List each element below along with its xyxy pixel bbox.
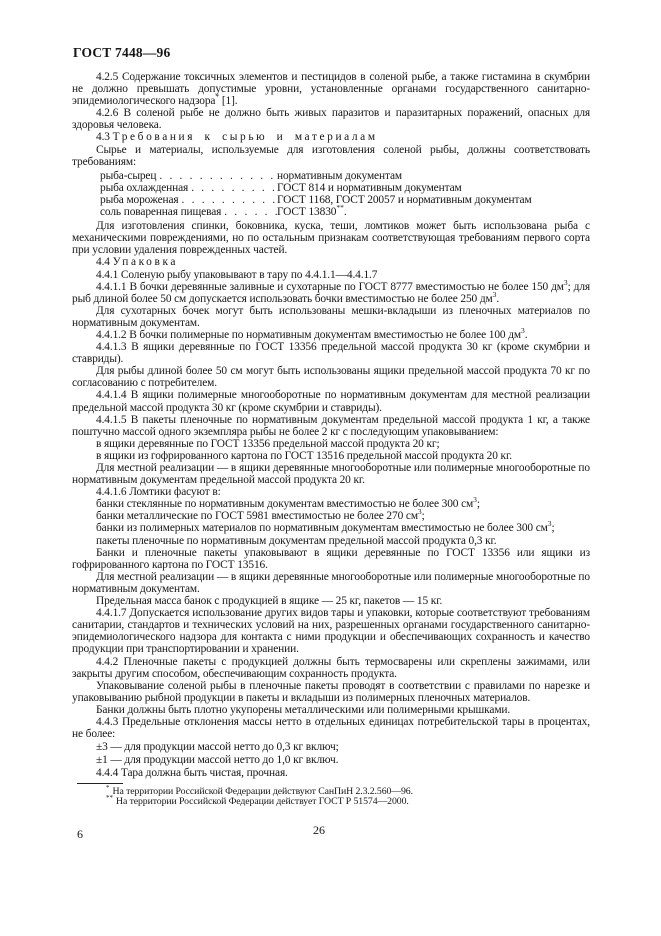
text-segment: ГОСТ 814 и нормативным документам [277, 182, 462, 194]
spec-item-left: рыба мороженая. . . . . . . . . . . . . … [100, 194, 277, 206]
text-segment: ; [551, 522, 554, 534]
text-segment: Для сухотарных бочек могут быть использо… [72, 305, 590, 329]
section-heading-4-4: 4.4 Упаковка [72, 256, 590, 268]
text-segment: ГОСТ 1168, ГОСТ 20057 и нормативным доку… [277, 194, 532, 206]
superscript-mark: ** [336, 203, 344, 212]
text-segment: банки металлические по ГОСТ 5981 вместим… [96, 510, 418, 522]
dot-leader: . . . . . . . . . . . . . . . . . . . . … [182, 194, 277, 206]
standard-code: ГОСТ 7448—96 [73, 45, 170, 60]
text-segment: Банки и пленочные пакеты упаковывают в я… [72, 547, 590, 571]
text-segment: Предельная масса банок с продукцией в ящ… [96, 595, 442, 607]
paragraph: Банки и пленочные пакеты упаковывают в я… [72, 547, 590, 571]
text-segment: Для местной реализации — в ящики деревян… [72, 571, 590, 595]
text-segment: ±3 — для продукции массой нетто до 0,3 к… [96, 741, 339, 753]
footnote: **На территории Российской Федерации дей… [106, 797, 590, 807]
document-body: 4.2.5 Содержание токсичных элементов и п… [72, 71, 590, 807]
tolerance-line: ±3 — для продукции массой нетто до 0,3 к… [72, 741, 590, 753]
text-segment: 4.4.2 Пленочные пакеты с продукцией долж… [72, 656, 590, 680]
footnote-marker: ** [106, 794, 116, 802]
text-segment: Для местной реализации — в ящики деревян… [72, 462, 590, 486]
text-segment: Для рыбы длиной более 50 см могут быть и… [72, 365, 590, 389]
footnotes: *На территории Российской Федерации дейс… [72, 783, 590, 806]
clause-4-2-6: 4.2.6 В соленой рыбе не должно быть живы… [72, 107, 590, 131]
dot-leader: . . . . . . . . . . . . . . . . . . . . … [191, 182, 277, 194]
text-segment: Требования к сырью и материалам [113, 131, 378, 143]
spec-item-left: рыба-сырец. . . . . . . . . . . . . . . … [100, 170, 277, 182]
spec-list-row: рыба-сырец. . . . . . . . . . . . . . . … [100, 170, 590, 182]
clause-4-4-1-5: 4.4.1.5 В пакеты пленочные по нормативны… [72, 414, 590, 438]
text-segment: 4.4.4 Тара должна быть чистая, прочная. [96, 767, 288, 779]
spec-list-row: рыба мороженая. . . . . . . . . . . . . … [100, 194, 590, 206]
page-number-center: 26 [313, 823, 325, 838]
text-segment: 4.4.1.6 Ломтики фасуют в: [96, 486, 221, 498]
text-segment: 4.4.1.2 В бочки полимерные по нормативны… [96, 329, 521, 341]
list-item-paragraph: в ящики из гофрированного картона по ГОС… [72, 450, 590, 462]
section-heading-4-3: 4.3 Требования к сырью и материалам [72, 131, 590, 143]
paragraph: Для местной реализации — в ящики деревян… [72, 462, 590, 486]
text-segment: Банки должны быть плотно укупорены метал… [96, 704, 510, 716]
text-segment: 4.4 [96, 256, 113, 268]
tolerance-line: ±1 — для продукции массой нетто до 1,0 к… [72, 754, 590, 766]
text-segment: . [496, 293, 499, 305]
text-segment: 4.4.1.4 В ящики полимерные многооборотны… [72, 389, 590, 413]
text-segment: банки из полимерных материалов по нормат… [96, 522, 548, 534]
text-segment: 4.4.1.7 Допускается использование других… [72, 607, 590, 655]
list-item-paragraph: в ящики деревянные по ГОСТ 13356 предель… [72, 438, 590, 450]
clause-4-4-4: 4.4.4 Тара должна быть чистая, прочная. [72, 767, 590, 779]
text-segment: 4.4.1 Соленую рыбу упаковывают в тару по… [96, 269, 377, 281]
text-segment: Для изготовления спинки, боковника, куск… [72, 220, 590, 256]
clause-4-4-2: 4.4.2 Пленочные пакеты с продукцией долж… [72, 656, 590, 680]
text-segment: 4.4.1.5 В пакеты пленочные по нормативны… [72, 414, 590, 438]
paragraph: Для рыбы длиной более 50 см могут быть и… [72, 365, 590, 389]
paragraph: Упаковывание соленой рыбы в пленочные па… [72, 680, 590, 704]
list-item-paragraph: банки из полимерных материалов по нормат… [72, 522, 590, 534]
text-segment: 4.2.5 Содержание токсичных элементов и п… [72, 71, 590, 107]
spec-item-label: соль поваренная пищевая [100, 206, 224, 218]
materials-spec-list: рыба-сырец. . . . . . . . . . . . . . . … [100, 170, 590, 218]
text-segment: пакеты пленочные по нормативным документ… [96, 535, 497, 547]
page-header: ГОСТ 7448—96 [73, 45, 170, 61]
paragraph: Предельная масса банок с продукцией в ящ… [72, 595, 590, 607]
text-segment: Упаковка [113, 256, 178, 268]
spec-item-label: рыба охлажденная [100, 182, 191, 194]
clause-4-4-1-3: 4.4.1.3 В ящики деревянные по ГОСТ 13356… [72, 341, 590, 365]
footnote-separator [77, 783, 123, 784]
footnote-text: На территории Российской Федерации дейст… [116, 796, 409, 807]
spec-item-value: нормативным документам [277, 170, 402, 182]
text-segment: в ящики из гофрированного картона по ГОС… [96, 450, 512, 462]
text-segment: в ящики деревянные по ГОСТ 13356 предель… [96, 438, 440, 450]
text-segment: нормативным документам [277, 170, 402, 182]
paragraph: Банки должны быть плотно укупорены метал… [72, 704, 590, 716]
dot-leader: . . . . . . . . . . . . . . . . . . . . … [224, 206, 277, 218]
spec-item-value: ГОСТ 814 и нормативным документам [277, 182, 462, 194]
clause-4-4-3: 4.4.3 Предельные отклонения массы нетто … [72, 716, 590, 740]
text-segment: ±1 — для продукции массой нетто до 1,0 к… [96, 754, 338, 766]
paragraph: Для местной реализации — в ящики деревян… [72, 571, 590, 595]
clause-4-4-1-1: 4.4.1.1 В бочки деревянные заливные и су… [72, 281, 590, 305]
spec-item-value: ГОСТ 13830**. [277, 206, 347, 218]
clause-4-4-1-4: 4.4.1.4 В ящики полимерные многооборотны… [72, 389, 590, 413]
list-item-paragraph: банки металлические по ГОСТ 5981 вместим… [72, 510, 590, 522]
dot-leader: . . . . . . . . . . . . . . . . . . . . … [159, 170, 277, 182]
spec-item-label: рыба мороженая [100, 194, 182, 206]
list-item-paragraph: пакеты пленочные по нормативным документ… [72, 535, 590, 547]
spec-list-row: рыба охлажденная. . . . . . . . . . . . … [100, 182, 590, 194]
text-segment: [1]. [219, 95, 237, 107]
text-segment: . [525, 329, 528, 341]
clause-4-4-1: 4.4.1 Соленую рыбу упаковывают в тару по… [72, 269, 590, 281]
spec-item-value: ГОСТ 1168, ГОСТ 20057 и нормативным доку… [277, 194, 532, 206]
spec-list-row: соль поваренная пищевая. . . . . . . . .… [100, 206, 590, 218]
text-segment: банки стеклянные по нормативным документ… [96, 498, 473, 510]
spec-item-left: соль поваренная пищевая. . . . . . . . .… [100, 206, 277, 218]
text-segment: 4.3 [96, 131, 113, 143]
document-page: ГОСТ 7448—96 4.2.5 Содержание токсичных … [0, 0, 661, 936]
text-segment: . [344, 206, 347, 218]
paragraph: Сырье и материалы, используемые для изго… [72, 144, 590, 168]
page-number-left: 6 [77, 827, 83, 842]
text-segment: 4.2.6 В соленой рыбе не должно быть живы… [72, 107, 590, 131]
clause-4-4-1-6: 4.4.1.6 Ломтики фасуют в: [72, 486, 590, 498]
clause-4-4-1-2: 4.4.1.2 В бочки полимерные по нормативны… [72, 329, 590, 341]
text-segment: ; [422, 510, 425, 522]
text-segment: Сырье и материалы, используемые для изго… [72, 144, 590, 168]
text-segment: ГОСТ 13830 [277, 206, 336, 218]
text-segment: ; [477, 498, 480, 510]
spec-item-label: рыба-сырец [100, 170, 159, 182]
text-segment: Упаковывание соленой рыбы в пленочные па… [72, 680, 590, 704]
clause-4-4-1-7: 4.4.1.7 Допускается использование других… [72, 607, 590, 655]
paragraph: Для изготовления спинки, боковника, куск… [72, 220, 590, 256]
list-item-paragraph: банки стеклянные по нормативным документ… [72, 498, 590, 510]
text-segment: 4.4.3 Предельные отклонения массы нетто … [72, 716, 590, 740]
clause-4-2-5: 4.2.5 Содержание токсичных элементов и п… [72, 71, 590, 107]
paragraph: Для сухотарных бочек могут быть использо… [72, 305, 590, 329]
text-segment: 4.4.1.3 В ящики деревянные по ГОСТ 13356… [72, 341, 590, 365]
spec-item-left: рыба охлажденная. . . . . . . . . . . . … [100, 182, 277, 194]
